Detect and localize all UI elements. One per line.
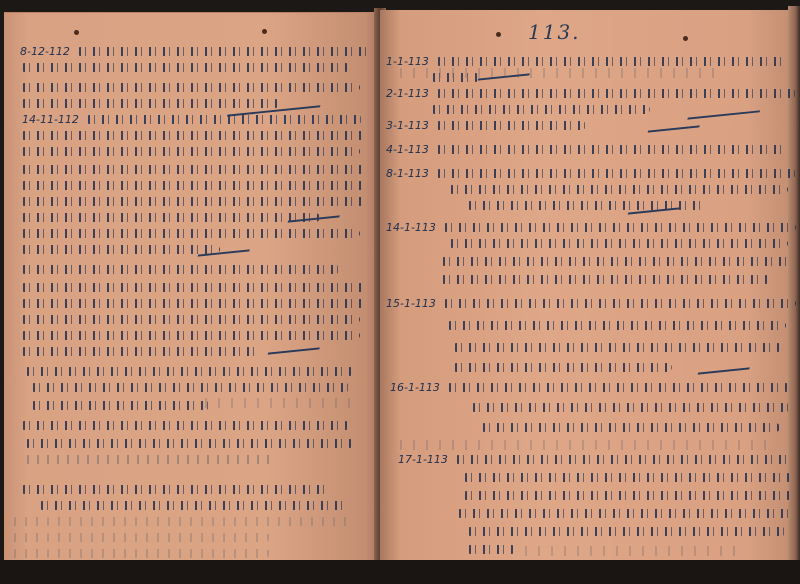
faded-text [10,533,270,542]
entry-line: 16-1-113 [390,380,790,394]
handwritten-text [20,347,260,356]
handwritten-text [430,105,650,114]
handwritten-text [462,491,792,500]
handwritten-text [448,239,788,248]
handwritten-text [30,401,210,410]
ink-bleed-through [395,68,725,78]
handwritten-text [446,383,790,392]
handwritten-text [452,363,672,372]
handwritten-text [470,403,790,412]
entry-line [30,398,210,412]
entry-line: 14-11-112 [22,112,362,126]
ink-bleed-through [395,440,775,450]
entry-line [20,162,365,176]
binding-hole [262,29,267,34]
entry-line [462,470,792,484]
entry-line [20,128,365,142]
handwritten-text [20,83,360,92]
entry-line [24,364,354,378]
entry-line [10,514,350,528]
entry-line [446,318,786,332]
entry-date: 4-1-113 [386,143,429,156]
entry-line [30,380,350,394]
entry-line [448,182,788,196]
entry-line [462,488,792,502]
entry-line [430,102,650,116]
entry-line [20,280,365,294]
handwritten-text [20,165,365,174]
handwritten-text [20,315,360,324]
entry-line [20,418,350,432]
handwritten-text [20,147,360,156]
entry-line [440,254,790,268]
handwritten-text [442,299,796,308]
entry-line [20,296,365,310]
entry-line: 15-1-113 [386,296,796,310]
entry-date: 17-1-113 [398,453,448,466]
entry-line [10,546,270,560]
entry-line: 17-1-113 [398,452,793,466]
entry-line [20,226,360,240]
handwritten-text [76,47,370,56]
handwritten-text [454,455,793,464]
handwritten-text [85,115,362,124]
entry-line: 8-1-113 [386,166,796,180]
handwritten-text [435,57,786,66]
handwritten-text [20,421,350,430]
background-surface [0,560,800,584]
handwritten-text [20,63,350,72]
entry-line: 4-1-113 [386,142,786,156]
entry-line [38,498,348,512]
faded-text [10,517,350,526]
handwritten-text [20,283,365,292]
faded-text [10,549,270,558]
handwritten-text [440,275,770,284]
entry-line [440,272,770,286]
open-diary: 113. 8-12-112 14-11-112 1-1-113 [0,0,800,584]
entry-date: 8-1-113 [386,167,429,180]
handwritten-text [24,367,354,376]
binding-hole [496,32,501,37]
handwritten-text [435,89,796,98]
ink-bleed-through [520,546,740,556]
entry-line [452,340,782,354]
binding-hole [74,30,79,35]
entry-line [20,194,365,208]
entry-date: 15-1-113 [386,297,436,310]
handwritten-text [20,213,320,222]
handwritten-text [462,473,792,482]
entry-line [10,530,270,544]
binding-hole [683,36,688,41]
entry-line [20,60,350,74]
entry-line [20,312,360,326]
handwritten-text [466,545,516,554]
entry-line [466,542,516,556]
handwritten-text [466,527,786,536]
handwritten-text [20,229,360,238]
handwritten-text [30,383,350,392]
entry-line [456,506,791,520]
entry-line: 2-1-113 [386,86,796,100]
entry-date: 2-1-113 [386,87,429,100]
handwritten-text [20,299,365,308]
handwritten-text [20,485,330,494]
handwritten-text [435,121,586,130]
entry-line [480,420,780,434]
entry-line [20,178,365,192]
entry-line [20,210,320,224]
handwritten-text [435,169,796,178]
entry-line [20,344,260,358]
entry-line [20,242,220,256]
handwritten-text [38,501,348,510]
handwritten-text [452,343,782,352]
entry-line: 1-1-113 [386,54,786,68]
entry-line [20,144,360,158]
handwritten-text [24,439,354,448]
entry-line [20,80,360,94]
entry-line: 14-1-113 [386,220,796,234]
entry-line [448,236,788,250]
handwritten-text [20,265,340,274]
entry-line [466,524,786,538]
entry-line [20,262,340,276]
entry-line [452,360,672,374]
handwritten-text [20,131,365,140]
handwritten-text [442,223,796,232]
entry-date: 3-1-113 [386,119,429,132]
entry-line [24,436,354,450]
entry-date: 14-1-113 [386,221,436,234]
handwritten-text [20,181,365,190]
entry-date: 16-1-113 [390,381,440,394]
entry-date: 8-12-112 [20,45,70,58]
handwritten-text [446,321,786,330]
entry-line: 8-12-112 [20,44,370,58]
entry-line [24,452,274,466]
handwritten-text [24,455,274,464]
handwritten-text [480,423,780,432]
entry-line [470,400,790,414]
handwritten-text [20,245,220,254]
handwritten-text [435,145,786,154]
entry-line [20,482,330,496]
handwritten-text [456,509,791,518]
entry-date: 1-1-113 [386,55,429,68]
handwritten-text [20,197,365,206]
handwritten-text [448,185,788,194]
ink-bleed-through [200,398,360,408]
page-number: 113. [528,20,581,44]
entry-date: 14-11-112 [22,113,79,126]
handwritten-text [440,257,790,266]
entry-line: 3-1-113 [386,118,586,132]
